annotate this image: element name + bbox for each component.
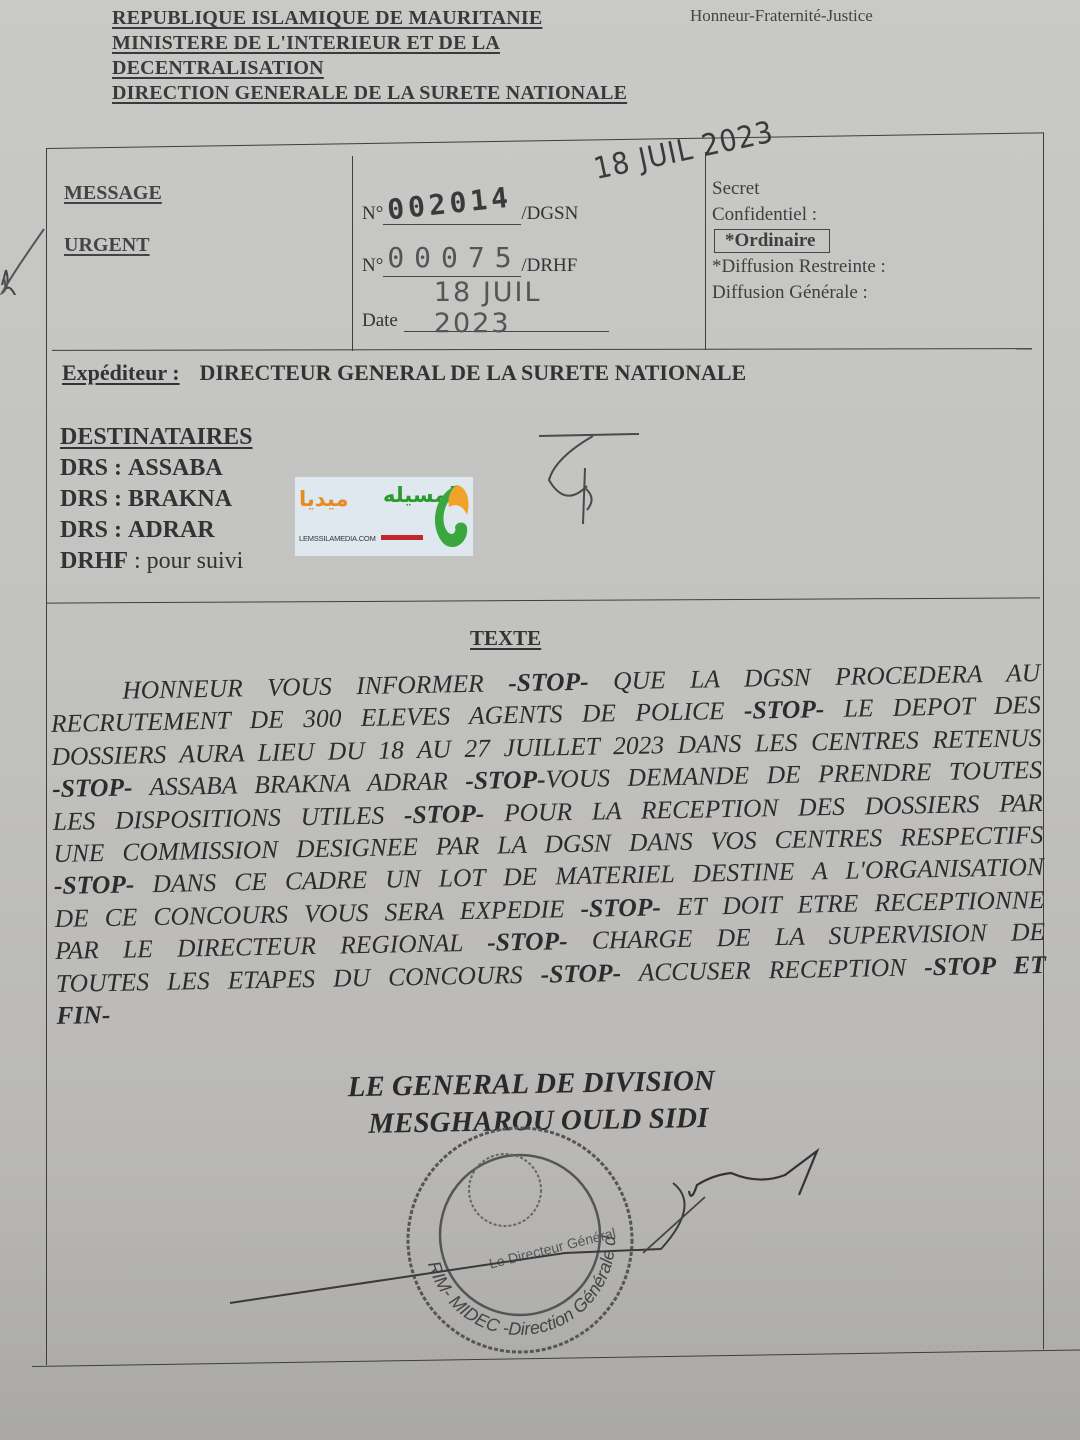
recipient-item: DRS : BRAKNA <box>60 484 253 515</box>
stop-keyword: -STOP- <box>54 870 135 901</box>
header-line: MINISTERE DE L'INTERIEUR ET DE LA <box>112 31 627 56</box>
divider <box>705 152 706 350</box>
stop-keyword: -STOP- <box>508 667 589 698</box>
text-section-title: TEXTE <box>470 626 541 651</box>
sender-row: Expéditeur :DIRECTEUR GENERAL DE LA SURE… <box>62 360 746 386</box>
dgsn-suffix: /DGSN <box>521 203 578 224</box>
stop-keyword: -STOP- <box>744 695 825 726</box>
stop-keyword: -STOP- <box>404 798 485 829</box>
stop-keyword: -STOP- <box>52 773 133 804</box>
classification-generale: Diffusion Générale : <box>712 280 886 306</box>
date-field: 18 JUIL 2023 <box>404 311 609 332</box>
logo-swirl-icon <box>427 481 471 553</box>
government-header: REPUBLIQUE ISLAMIQUE DE MAURITANIE MINIS… <box>112 6 627 106</box>
sender-label: Expéditeur : <box>62 360 180 385</box>
divider <box>352 156 353 351</box>
recipient-item: DRS : ASSABA <box>60 453 253 484</box>
dgsn-number-field: 002014 <box>383 204 521 225</box>
stop-keyword: -STOP- <box>465 765 546 796</box>
message-label: MESSAGE <box>64 182 162 205</box>
national-motto: Honneur-Fraternité-Justice <box>690 6 873 26</box>
stop-keyword: FIN- <box>56 1000 110 1030</box>
number-prefix: N° <box>362 255 383 276</box>
number-prefix: N° <box>362 203 383 224</box>
classification-restreinte: *Diffusion Restreinte : <box>712 254 886 280</box>
recipient-item: DRS : ADRAR <box>60 515 253 546</box>
header-line: DECENTRALISATION <box>112 56 627 81</box>
signatory-rank: LE GENERAL DE DIVISION <box>347 1063 715 1106</box>
drhf-number: 00075 <box>387 241 521 274</box>
drhf-reference: N°00075/DRHF <box>362 255 577 277</box>
classification-secret: Secret <box>712 176 886 202</box>
date-value: 18 JUIL 2023 <box>434 277 609 339</box>
stop-keyword: -STOP- <box>580 892 661 923</box>
sender-value: DIRECTEUR GENERAL DE LA SURETE NATIONALE <box>200 360 747 385</box>
date-label: Date <box>362 310 398 331</box>
header-line: REPUBLIQUE ISLAMIQUE DE MAURITANIE <box>112 6 627 31</box>
recipient-item: DRHF : pour suivi <box>60 546 253 577</box>
handwritten-initials-icon <box>535 428 645 528</box>
logo-url: LEMSSILAMEDIA.COM <box>299 534 376 543</box>
classification-confidentiel: Confidentiel : <box>712 202 886 228</box>
recipients-title: DESTINATAIRES <box>60 422 253 453</box>
drhf-suffix: /DRHF <box>521 255 577 276</box>
logo-arabic-orange: ميديا <box>299 487 348 511</box>
header-line: DIRECTION GENERALE DE LA SURETE NATIONAL… <box>112 81 627 106</box>
media-watermark-logo: لمسيله ميديا LEMSSILAMEDIA.COM <box>295 477 473 556</box>
date-row: Date18 JUIL 2023 <box>362 310 609 332</box>
classification-block: Secret Confidentiel : *Ordinaire *Diffus… <box>712 176 886 306</box>
scanned-document: REPUBLIQUE ISLAMIQUE DE MAURITANIE MINIS… <box>0 0 1080 1440</box>
classification-selected: *Ordinaire <box>714 229 830 253</box>
check-mark-icon <box>0 215 50 295</box>
dgsn-reference: N°002014/DGSN <box>362 203 578 225</box>
message-body: HONNEUR VOUS INFORMER -STOP- QUE LA DGSN… <box>50 657 1047 1032</box>
drhf-number-field: 00075 <box>383 256 521 277</box>
urgent-label: URGENT <box>64 234 150 257</box>
recipients-block: DESTINATAIRES DRS : ASSABA DRS : BRAKNA … <box>60 422 253 577</box>
stop-keyword: -STOP- <box>487 926 568 957</box>
stop-keyword: -STOP ET <box>924 950 1046 981</box>
logo-bar <box>381 535 423 540</box>
stop-keyword: -STOP- <box>540 958 621 989</box>
handwritten-signature-icon <box>225 1145 825 1310</box>
